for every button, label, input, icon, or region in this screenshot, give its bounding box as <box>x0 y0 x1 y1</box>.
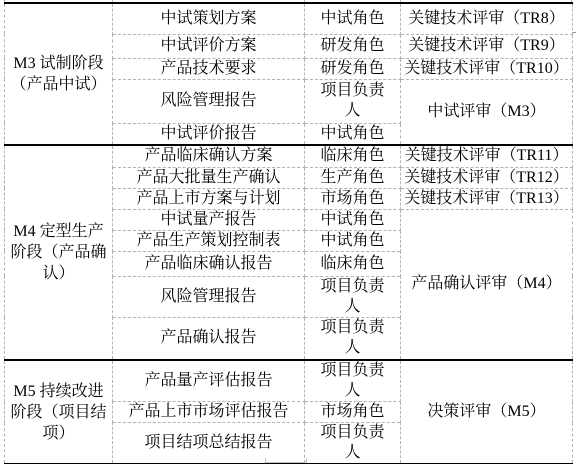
review-cell: 关键技术评审（TR10） <box>401 58 573 79</box>
review-cell: 关键技术评审（TR8） <box>401 3 573 34</box>
phase-cell-m4: M4 定型生产 阶段（产品确 认） <box>5 145 113 360</box>
document-cell: 风险管理报告 <box>113 79 305 123</box>
role-cell: 项目负责人 <box>305 317 401 360</box>
table-row: M5 持续改进 阶段（项目结 项） 产品量产评估报告 项目负责人 决策评审（M5… <box>5 360 573 402</box>
phase-line: 阶段（项目结 <box>5 402 112 423</box>
document-cell: 产品上市方案与计划 <box>113 188 305 209</box>
role-cell: 研发角色 <box>305 34 401 58</box>
phase-line: 项） <box>5 423 112 444</box>
role-cell: 研发角色 <box>305 58 401 79</box>
phase-line: M5 持续改进 <box>5 381 112 402</box>
gridline-stub <box>112 0 113 2</box>
document-cell: 产品生产策划控制表 <box>113 230 305 251</box>
phase-line: （产品中试） <box>5 74 112 95</box>
phase-line: M4 定型生产 <box>5 221 112 242</box>
phase-cell-m3: M3 试制阶段 （产品中试） <box>5 3 113 145</box>
role-cell: 项目负责人 <box>305 360 401 402</box>
phase-line: 阶段（产品确 <box>5 242 112 263</box>
document-cell: 产品量产评估报告 <box>113 360 305 402</box>
phase-line: M3 试制阶段 <box>5 53 112 74</box>
cutoff-next-row-fragment <box>265 458 307 463</box>
document-cell: 产品大批量生产确认 <box>113 167 305 188</box>
gridline-stub <box>571 0 572 2</box>
document-cell: 产品上市市场评估报告 <box>113 402 305 423</box>
role-cell: 中试角色 <box>305 230 401 251</box>
document-cell: 中试评价报告 <box>113 123 305 145</box>
role-cell: 临床角色 <box>305 251 401 276</box>
document-cell: 产品确认报告 <box>113 317 305 360</box>
document-cell: 中试策划方案 <box>113 3 305 34</box>
document-cell: 产品技术要求 <box>113 58 305 79</box>
table-row: M3 试制阶段 （产品中试） 中试策划方案 中试角色 关键技术评审（TR8） <box>5 3 573 34</box>
document-cell: 风险管理报告 <box>113 276 305 317</box>
document-cell: 中试量产报告 <box>113 209 305 230</box>
phase-cell-m5: M5 持续改进 阶段（项目结 项） <box>5 360 113 464</box>
role-cell: 生产角色 <box>305 167 401 188</box>
role-cell: 项目负责人 <box>305 276 401 317</box>
role-cell: 市场角色 <box>305 188 401 209</box>
role-cell: 中试角色 <box>305 3 401 34</box>
role-cell: 项目负责人 <box>305 79 401 123</box>
document-cell: 中试评价方案 <box>113 34 305 58</box>
review-cell: 关键技术评审（TR12） <box>401 167 573 188</box>
phase-line: 认） <box>5 263 112 284</box>
role-cell: 项目负责人 <box>305 423 401 464</box>
role-cell: 中试角色 <box>305 123 401 145</box>
gridline-stub <box>304 0 305 2</box>
review-cell: 关键技术评审（TR11） <box>401 145 573 167</box>
table-row: M4 定型生产 阶段（产品确 认） 产品临床确认方案 临床角色 关键技术评审（T… <box>5 145 573 167</box>
phase-review-table: M3 试制阶段 （产品中试） 中试策划方案 中试角色 关键技术评审（TR8） 中… <box>4 2 573 464</box>
edge-line-fragment <box>572 32 576 33</box>
role-cell: 中试角色 <box>305 209 401 230</box>
review-cell: 关键技术评审（TR13） <box>401 188 573 209</box>
review-cell: 关键技术评审（TR9） <box>401 34 573 58</box>
gridline-stub <box>4 0 5 2</box>
document-cell: 产品临床确认方案 <box>113 145 305 167</box>
role-cell: 临床角色 <box>305 145 401 167</box>
review-cell: 决策评审（M5） <box>401 360 573 464</box>
review-cell: 中试评审（M3） <box>401 79 573 145</box>
gridline-stub <box>400 0 401 2</box>
role-cell: 市场角色 <box>305 402 401 423</box>
review-cell: 产品确认评审（M4） <box>401 209 573 360</box>
document-cell: 产品临床确认报告 <box>113 251 305 276</box>
